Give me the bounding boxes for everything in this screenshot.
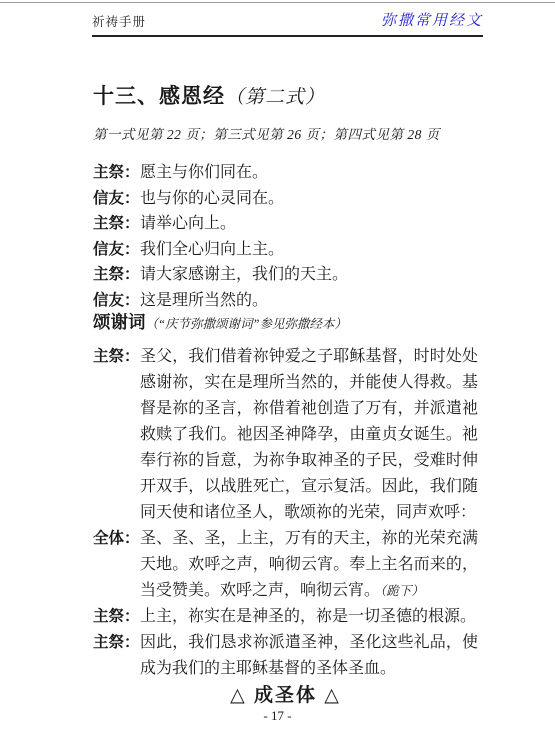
speaker-label: 主祭： bbox=[93, 630, 140, 682]
prayer-text-body: 因此，我们恳求祢派遣圣神，圣化这些礼品，使成为我们的主耶稣基督的圣体圣血。 bbox=[140, 634, 478, 677]
speaker-label: 主祭： bbox=[93, 604, 140, 630]
consecration-rubric: △ 成圣体 △ bbox=[93, 680, 478, 707]
prayer-paragraph: 全体： 圣、圣、圣，上主，万有的天主，祢的光荣充满天地。欢呼之声，响彻云宵。奉上… bbox=[93, 526, 485, 604]
prayer-text-body: 圣、圣、圣，上主，万有的天主，祢的光荣充满天地。欢呼之声，响彻云宵。奉上主名而来… bbox=[140, 530, 478, 599]
chapter-title-suffix: （第二式） bbox=[225, 87, 325, 108]
cross-reference-note: 第一式见第 22 页；第三式见第 26 页；第四式见第 28 页 bbox=[93, 123, 440, 143]
prayer-text-body: 上主，祢实在是神圣的，祢是一切圣德的根源。 bbox=[140, 608, 476, 625]
page-header: 祈祷手册 弥撒常用经文 bbox=[92, 9, 483, 30]
prayer-text: 圣父，我们借着祢钟爱之子耶稣基督，时时处处感谢祢，实在是理所当然的，并能使人得救… bbox=[140, 344, 478, 526]
chapter-title-main: 十三、感恩经 bbox=[93, 85, 225, 108]
page-top-divider bbox=[0, 2, 555, 3]
chapter-title: 十三、感恩经（第二式） bbox=[93, 80, 325, 110]
dialogue-row: 信友： 也与你的心灵同在。 bbox=[93, 186, 485, 212]
prayer-paragraph: 主祭： 圣父，我们借着祢钟爱之子耶稣基督，时时处处感谢祢，实在是理所当然的，并能… bbox=[93, 344, 485, 526]
rubric-inline-note: （跪下） bbox=[380, 584, 424, 598]
speaker-label: 信友： bbox=[93, 237, 140, 263]
speaker-label: 全体： bbox=[93, 526, 140, 604]
dialogue-row: 主祭： 愿主与你们同在。 bbox=[93, 160, 485, 186]
dialogue-row: 主祭： 请举心向上。 bbox=[93, 211, 485, 237]
header-rule bbox=[92, 35, 483, 37]
header-booklet-title: 祈祷手册 bbox=[92, 12, 146, 30]
speaker-label: 主祭： bbox=[93, 160, 140, 186]
dialogue-row: 主祭： 请大家感谢主，我们的天主。 bbox=[93, 262, 485, 288]
prayer-text: 因此，我们恳求祢派遣圣神，圣化这些礼品，使成为我们的主耶稣基督的圣体圣血。 bbox=[140, 630, 478, 682]
page-number: - 17 - bbox=[0, 708, 555, 724]
speaker-label: 主祭： bbox=[93, 211, 140, 237]
prayer-text: 圣、圣、圣，上主，万有的天主，祢的光荣充满天地。欢呼之声，响彻云宵。奉上主名而来… bbox=[140, 526, 478, 604]
prayer-text: 上主，祢实在是神圣的，祢是一切圣德的根源。 bbox=[140, 604, 478, 630]
header-section-title: 弥撒常用经文 bbox=[381, 9, 483, 30]
dialogue-text: 也与你的心灵同在。 bbox=[140, 186, 478, 212]
dialogue-text: 我们全心归向上主。 bbox=[140, 237, 478, 263]
prayer-paragraph: 主祭： 因此，我们恳求祢派遣圣神，圣化这些礼品，使成为我们的主耶稣基督的圣体圣血… bbox=[93, 630, 485, 682]
preface-section-heading: 颂谢词（“庆节弥撒颂谢词”参见弥撒经本） bbox=[93, 309, 347, 334]
prayer-paragraph: 主祭： 上主，祢实在是神圣的，祢是一切圣德的根源。 bbox=[93, 604, 485, 630]
dialogue-text: 请大家感谢主，我们的天主。 bbox=[140, 262, 478, 288]
section-heading-text: 颂谢词 bbox=[93, 312, 146, 332]
prayer-paragraphs: 主祭： 圣父，我们借着祢钟爱之子耶稣基督，时时处处感谢祢，实在是理所当然的，并能… bbox=[93, 344, 485, 682]
dialogue-text: 请举心向上。 bbox=[140, 211, 478, 237]
prayer-book-page: { "header": { "left": "祈祷手册", "right": "… bbox=[0, 0, 555, 746]
dialogue-row: 信友： 我们全心归向上主。 bbox=[93, 237, 485, 263]
speaker-label: 信友： bbox=[93, 186, 140, 212]
speaker-label: 主祭： bbox=[93, 344, 140, 526]
dialogue-text: 愿主与你们同在。 bbox=[140, 160, 478, 186]
dialogue-block: 主祭： 愿主与你们同在。 信友： 也与你的心灵同在。 主祭： 请举心向上。 信友… bbox=[93, 160, 485, 313]
speaker-label: 主祭： bbox=[93, 262, 140, 288]
prayer-text-body: 圣父，我们借着祢钟爱之子耶稣基督，时时处处感谢祢，实在是理所当然的，并能使人得救… bbox=[140, 348, 478, 521]
section-heading-note: （“庆节弥撒颂谢词”参见弥撒经本） bbox=[146, 317, 347, 331]
